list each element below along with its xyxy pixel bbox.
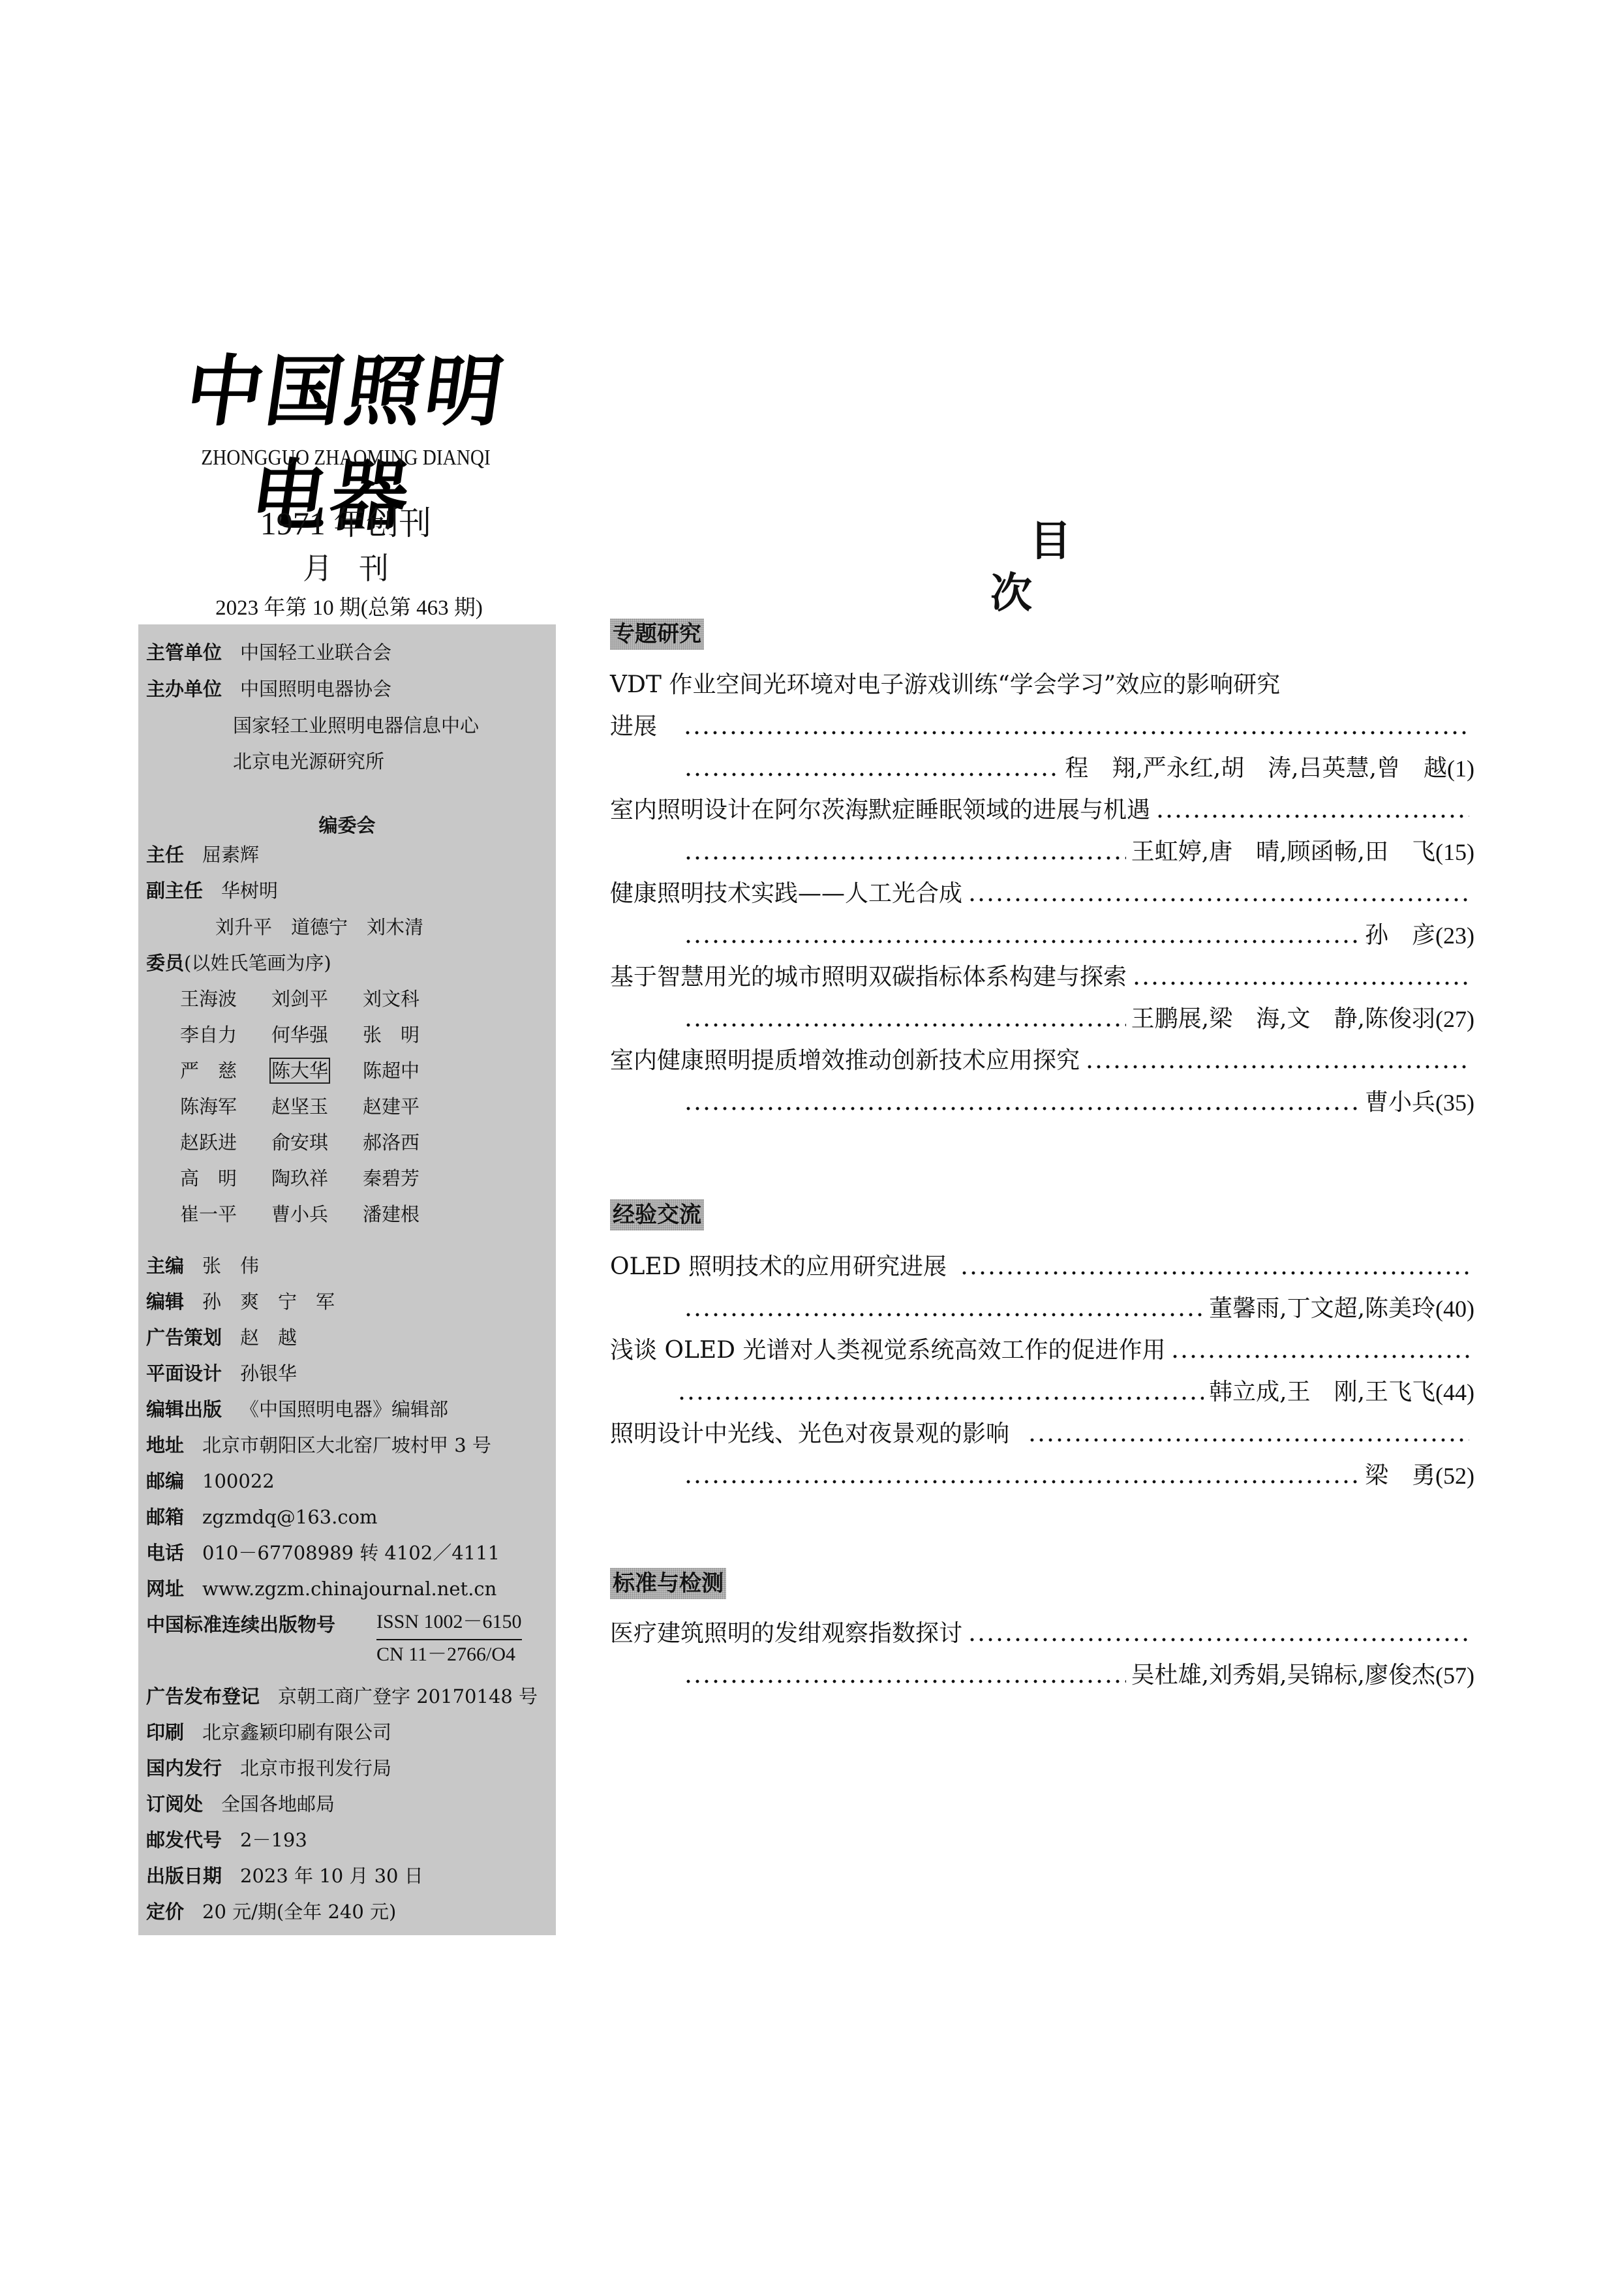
ad-planning-value: 赵 越 — [240, 1324, 297, 1351]
member-name: 陈超中 — [363, 1053, 454, 1089]
ad-registration-value: 京朝工商广登字 20170148 号 — [278, 1683, 538, 1709]
subscription-label: 订阅处 — [146, 1791, 203, 1817]
member-name: 崔一平 — [180, 1197, 271, 1232]
subscription-value: 全国各地邮局 — [221, 1791, 335, 1817]
dot-leader — [684, 916, 1360, 955]
editors-row: 编辑孙 爽 宁 军 — [146, 1289, 335, 1315]
toc-entry-title[interactable]: 浅谈 OLED 光谱对人类视觉系统高效工作的促进作用 — [610, 1331, 1474, 1370]
members-row: 赵跃进 俞安琪 郝洛西 — [180, 1125, 454, 1161]
toc-entry-authors[interactable]: 董馨雨,丁文超,陈美玲 (40) — [679, 1289, 1474, 1328]
chief-editor-label: 主编 — [146, 1253, 184, 1279]
postal-code-row: 邮发代号2－193 — [146, 1827, 307, 1853]
toc-entry-authors[interactable]: 梁 勇 (52) — [679, 1456, 1474, 1495]
section-header: 专题研究 — [610, 619, 704, 650]
serial-number-row: 中国标准连续出版物号 — [146, 1612, 335, 1638]
dot-leader — [684, 1289, 1204, 1328]
article-authors: 董馨雨,丁文超,陈美玲 — [1209, 1289, 1435, 1328]
email-value: zgzmdq@163.com — [202, 1504, 378, 1530]
member-name: 曹小兵 — [271, 1197, 363, 1232]
member-name: 潘建根 — [363, 1197, 454, 1232]
publish-date-row: 出版日期2023 年 10 月 30 日 — [146, 1863, 423, 1889]
journal-info-panel: 主管单位中国轻工业联合会 主办单位中国照明电器协会 国家轻工业照明电器信息中心 … — [138, 624, 556, 1935]
printer-label: 印刷 — [146, 1719, 184, 1745]
dot-leader — [684, 1000, 1126, 1039]
members-row: 高 明 陶玖祥 秦碧芳 — [180, 1161, 454, 1197]
toc-title: 目次 — [939, 515, 1161, 620]
members-row: 李自力 何华强 张 明 — [180, 1017, 454, 1053]
subscription-row: 订阅处全国各地邮局 — [146, 1791, 335, 1817]
member-name: 高 明 — [180, 1161, 271, 1197]
postal-code-label: 邮发代号 — [146, 1827, 222, 1853]
ad-registration-label: 广告发布登记 — [146, 1683, 260, 1709]
price-row: 定价20 元/期(全年 240 元) — [146, 1899, 396, 1925]
website-label: 网址 — [146, 1576, 184, 1602]
printer-value: 北京鑫颖印刷有限公司 — [202, 1719, 391, 1745]
article-authors: 王虹婷,唐 晴,顾函畅,田 飞 — [1131, 833, 1435, 872]
director-label: 主任 — [146, 842, 184, 868]
deputy-director-value: 华树明 — [221, 878, 278, 904]
page-number: (35) — [1435, 1083, 1474, 1122]
deputy-director-value: 刘升平 道德宁 刘木清 — [215, 914, 423, 940]
dot-leader — [960, 1247, 1469, 1287]
dot-leader — [1132, 958, 1469, 997]
deputy-director-label: 副主任 — [146, 878, 203, 904]
members-label: 委员 — [146, 950, 184, 976]
publisher-value: 《中国照明电器》编辑部 — [240, 1396, 448, 1422]
dot-leader — [1028, 1415, 1469, 1454]
toc-entry-authors[interactable]: 王虹婷,唐 晴,顾函畅,田 飞 (15) — [679, 833, 1474, 872]
supervisor-label: 主管单位 — [146, 639, 222, 666]
graphic-design-label: 平面设计 — [146, 1360, 222, 1386]
members-list: 王海波 刘剑平 刘文科 李自力 何华强 张 明 严 慈 陈大华 陈超中 陈海军 … — [180, 981, 454, 1232]
issn-cn-block: ISSN 1002－6150 CN 11－2766/O4 — [376, 1609, 522, 1669]
email-label: 邮箱 — [146, 1504, 184, 1530]
article-authors: 王鹏展,梁 海,文 静,陈俊羽 — [1131, 1000, 1435, 1039]
member-name: 俞安琪 — [271, 1125, 363, 1161]
address-row: 地址北京市朝阳区大北窑厂坡村甲 3 号 — [146, 1432, 491, 1458]
serial-number-label: 中国标准连续出版物号 — [146, 1612, 335, 1638]
article-authors: 吴杜雄,刘秀娟,吴锦标,廖俊杰 — [1131, 1656, 1435, 1695]
section-header: 经验交流 — [610, 1199, 704, 1231]
member-name: 陈海军 — [180, 1089, 271, 1125]
member-name: 王海波 — [180, 981, 271, 1017]
toc-entry-title[interactable]: 室内照明设计在阿尔茨海默症睡眠领域的进展与机遇 — [610, 791, 1474, 830]
member-name: 赵坚玉 — [271, 1089, 363, 1125]
dot-leader — [684, 833, 1126, 872]
dot-leader — [1085, 1041, 1469, 1080]
chief-editor-value: 张 伟 — [202, 1253, 259, 1279]
page-number: (1) — [1447, 749, 1474, 788]
member-name-framed: 陈大华 — [271, 1053, 363, 1089]
price-label: 定价 — [146, 1899, 184, 1925]
members-row: 严 慈 陈大华 陈超中 — [180, 1053, 454, 1089]
postcode-label: 邮编 — [146, 1468, 184, 1494]
members-row: 崔一平 曹小兵 潘建根 — [180, 1197, 454, 1232]
article-authors: 程 翔,严永红,胡 涛,吕英慧,曾 越 — [1065, 749, 1447, 788]
member-name: 陶玖祥 — [271, 1161, 363, 1197]
section-header: 标准与检测 — [610, 1568, 726, 1599]
dot-leader — [684, 749, 1060, 788]
dot-leader — [968, 874, 1469, 913]
toc-entry-title[interactable]: 照明设计中光线、光色对夜景观的影响 — [610, 1415, 1474, 1454]
sponsor-value: 北京电光源研究所 — [233, 748, 384, 774]
dot-leader — [684, 1656, 1126, 1695]
supervisor-value: 中国轻工业联合会 — [240, 639, 391, 666]
journal-logo: 中国照明电器 — [156, 339, 536, 444]
article-authors: 韩立成,王 刚,王飞飞 — [1209, 1373, 1435, 1412]
phone-row: 电话010－67708989 转 4102／4111 — [146, 1540, 500, 1566]
postcode-value: 100022 — [202, 1468, 275, 1494]
dot-leader — [1170, 1331, 1469, 1370]
member-name: 赵建平 — [363, 1089, 454, 1125]
article-authors: 曹小兵 — [1365, 1083, 1435, 1122]
members-row: 王海波 刘剑平 刘文科 — [180, 981, 454, 1017]
issue-number: 2023 年第 10 期(总第 463 期) — [140, 590, 558, 621]
editorial-committee-heading: 编委会 — [138, 812, 556, 838]
publish-date-value: 2023 年 10 月 30 日 — [240, 1863, 423, 1889]
toc-entry-title[interactable]: 健康照明技术实践——人工光合成 — [610, 874, 1474, 913]
toc-entry-authors[interactable]: 王鹏展,梁 海,文 静,陈俊羽 (27) — [679, 1000, 1474, 1039]
address-label: 地址 — [146, 1432, 184, 1458]
distribution-row: 国内发行北京市报刊发行局 — [146, 1755, 391, 1781]
page-number: (44) — [1435, 1373, 1474, 1412]
member-name: 刘文科 — [363, 981, 454, 1017]
toc-entry-title[interactable]: 医疗建筑照明的发绀观察指数探讨 — [610, 1614, 1474, 1653]
editors-label: 编辑 — [146, 1289, 184, 1315]
price-value: 20 元/期(全年 240 元) — [202, 1899, 396, 1925]
publication-frequency: 月刊 — [150, 545, 542, 588]
printer-row: 印刷北京鑫颖印刷有限公司 — [146, 1719, 391, 1745]
publisher-row: 编辑出版《中国照明电器》编辑部 — [146, 1396, 448, 1422]
phone-label: 电话 — [146, 1540, 184, 1566]
editors-value: 孙 爽 宁 军 — [202, 1289, 335, 1315]
graphic-design-value: 孙银华 — [240, 1360, 297, 1386]
article-authors: 梁 勇 — [1365, 1456, 1435, 1495]
deputy-director-row: 副主任华树明 — [146, 878, 278, 904]
member-name: 秦碧芳 — [363, 1161, 454, 1197]
distribution-value: 北京市报刊发行局 — [240, 1755, 391, 1781]
member-name: 李自力 — [180, 1017, 271, 1053]
page-number: (23) — [1435, 916, 1474, 955]
framed-member-name: 陈大华 — [271, 1060, 328, 1082]
member-name: 郝洛西 — [363, 1125, 454, 1161]
dot-leader — [684, 1083, 1360, 1122]
sponsor-value: 国家轻工业照明电器信息中心 — [233, 712, 479, 739]
toc-entry-authors[interactable]: 孙 彦 (23) — [679, 916, 1474, 955]
director-row: 主任屈素辉 — [146, 842, 259, 868]
toc-entry-title[interactable]: 室内健康照明提质增效推动创新技术应用探究 — [610, 1041, 1474, 1080]
members-heading-row: 委员(以姓氏笔画为序) — [146, 950, 331, 976]
page-number: (15) — [1435, 833, 1474, 872]
member-name: 刘剑平 — [271, 981, 363, 1017]
page-number: (57) — [1435, 1656, 1474, 1695]
member-name: 严 慈 — [180, 1053, 271, 1089]
postal-code-value: 2－193 — [240, 1827, 307, 1853]
toc-entry-title[interactable]: 进展 — [610, 707, 1474, 746]
issn-number: ISSN 1002－6150 — [376, 1609, 522, 1640]
founded-year: 1971 年创刊 — [150, 497, 542, 544]
toc-entry-authors[interactable]: 曹小兵 (35) — [679, 1083, 1474, 1122]
page-number: (27) — [1435, 1000, 1474, 1039]
cn-number: CN 11－2766/O4 — [376, 1640, 522, 1669]
website-value: www.zgzm.chinajournal.net.cn — [202, 1576, 496, 1602]
member-name: 赵跃进 — [180, 1125, 271, 1161]
toc-entry-title[interactable]: VDT 作业空间光环境对电子游戏训练“学会学习”效应的影响研究 — [610, 666, 1474, 705]
website-row: 网址www.zgzm.chinajournal.net.cn — [146, 1576, 496, 1602]
page-number: (40) — [1435, 1289, 1474, 1328]
ad-planning-row: 广告策划赵 越 — [146, 1324, 297, 1351]
member-name: 何华强 — [271, 1017, 363, 1053]
toc-entry-authors[interactable]: 韩立成,王 刚,王飞飞 (44) — [672, 1373, 1474, 1412]
director-value: 屈素辉 — [202, 842, 259, 868]
sponsor-label: 主办单位 — [146, 676, 222, 702]
page-number: (52) — [1435, 1456, 1474, 1495]
dot-leader — [968, 1614, 1469, 1653]
postcode-row: 邮编100022 — [146, 1468, 275, 1494]
member-name: 张 明 — [363, 1017, 454, 1053]
publisher-label: 编辑出版 — [146, 1396, 222, 1422]
journal-pinyin-title: ZHONGGUO ZHAOMING DIANQI — [177, 446, 514, 470]
email-row: 邮箱zgzmdq@163.com — [146, 1504, 378, 1530]
distribution-label: 国内发行 — [146, 1755, 222, 1781]
ad-registration-row: 广告发布登记京朝工商广登字 20170148 号 — [146, 1683, 538, 1709]
toc-entry-authors[interactable]: 程 翔,严永红,胡 涛,吕英慧,曾 越 (1) — [679, 749, 1474, 788]
sponsor-row: 主办单位中国照明电器协会 — [146, 676, 391, 702]
publish-date-label: 出版日期 — [146, 1863, 222, 1889]
toc-entry-title[interactable]: OLED 照明技术的应用研究进展 — [610, 1247, 1474, 1287]
toc-entry-authors[interactable]: 吴杜雄,刘秀娟,吴锦标,廖俊杰 (57) — [679, 1656, 1474, 1695]
graphic-design-row: 平面设计孙银华 — [146, 1360, 297, 1386]
address-value: 北京市朝阳区大北窑厂坡村甲 3 号 — [202, 1432, 491, 1458]
dot-leader — [684, 1456, 1360, 1495]
dot-leader — [677, 1373, 1204, 1412]
toc-entry-title[interactable]: 基于智慧用光的城市照明双碳指标体系构建与探索 — [610, 958, 1474, 997]
dot-leader — [683, 707, 1469, 746]
supervisor-row: 主管单位中国轻工业联合会 — [146, 639, 391, 666]
chief-editor-row: 主编张 伟 — [146, 1253, 259, 1279]
article-authors: 孙 彦 — [1365, 916, 1435, 955]
dot-leader — [1155, 791, 1469, 830]
members-note: (以姓氏笔画为序) — [184, 952, 331, 974]
members-row: 陈海军 赵坚玉 赵建平 — [180, 1089, 454, 1125]
phone-value: 010－67708989 转 4102／4111 — [202, 1540, 500, 1566]
sponsor-value: 中国照明电器协会 — [240, 676, 391, 702]
ad-planning-label: 广告策划 — [146, 1324, 222, 1351]
